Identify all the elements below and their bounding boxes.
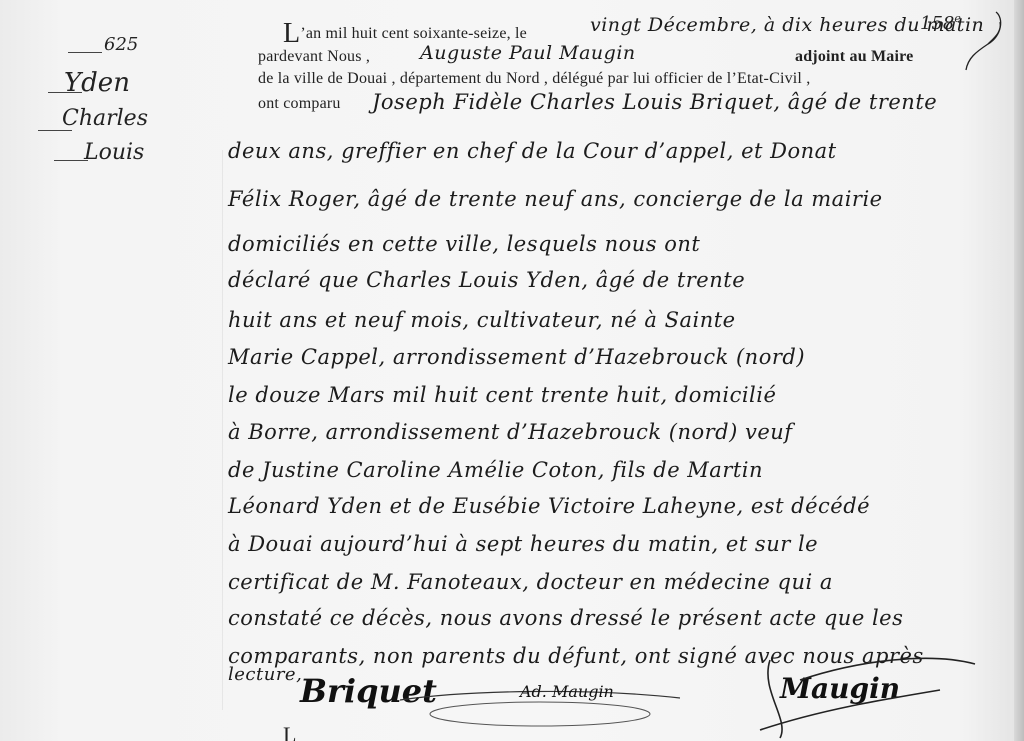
- handwritten-date: vingt Décembre, à dix heures du matin: [590, 14, 984, 36]
- handwritten-line-12: à Douai aujourd’hui à sept heures du mat…: [228, 532, 818, 556]
- handwritten-line-1: Joseph Fidèle Charles Louis Briquet, âgé…: [372, 90, 937, 114]
- drop-cap: L: [283, 18, 300, 49]
- page-edge-shadow: [1014, 0, 1024, 741]
- signature-maugin-flourish: [740, 650, 980, 741]
- handwritten-line-8: le douze Mars mil huit cent trente huit,…: [228, 383, 776, 407]
- signature-ad-maugin: Ad. Maugin: [520, 682, 614, 701]
- handwritten-line-16: lecture,: [228, 664, 302, 685]
- handwritten-line-9: à Borre, arrondissement d’Hazebrouck (no…: [228, 420, 793, 444]
- margin-dash: [68, 52, 102, 53]
- margin-entry-number: 625: [104, 34, 138, 55]
- printed-line-2: pardevant Nous ,: [258, 48, 370, 66]
- handwritten-line-13: certificat de M. Fanoteaux, docteur en m…: [228, 570, 833, 594]
- handwritten-line-6: huit ans et neuf mois, cultivateur, né à…: [228, 308, 736, 332]
- printed-line-2-end: adjoint au Maire: [795, 48, 913, 66]
- handwritten-official-name: Auguste Paul Maugin: [420, 42, 636, 64]
- handwritten-line-5: déclaré que Charles Louis Yden, âgé de t…: [228, 268, 745, 292]
- margin-given-name-1: Charles: [62, 106, 148, 131]
- margin-given-name-2: Louis: [84, 140, 144, 165]
- margin-surname: Yden: [64, 68, 130, 98]
- scanned-register-page: 625 Yden Charles Louis 158e L’an mil hui…: [0, 0, 1024, 741]
- handwritten-line-3: Félix Roger, âgé de trente neuf ans, con…: [228, 187, 883, 211]
- margin-rule: [222, 150, 223, 710]
- handwritten-line-14: constaté ce décès, nous avons dressé le …: [228, 606, 903, 630]
- printed-line-3: de la ville de Douai , département du No…: [258, 70, 810, 88]
- printed-text: ’an mil huit cent soixante-seize, le: [300, 25, 527, 42]
- handwritten-line-11: Léonard Yden et de Eusébie Victoire Lahe…: [228, 494, 870, 518]
- next-entry-drop-cap: L: [283, 722, 296, 741]
- handwritten-line-4: domiciliés en cette ville, lesquels nous…: [228, 232, 700, 256]
- printed-line-4: ont comparu: [258, 95, 341, 113]
- handwritten-line-10: de Justine Caroline Amélie Coton, fils d…: [228, 458, 763, 482]
- handwritten-line-7: Marie Cappel, arrondissement d’Hazebrouc…: [228, 345, 805, 369]
- margin-dash: [54, 160, 88, 161]
- handwritten-line-2: deux ans, greffier en chef de la Cour d’…: [228, 139, 837, 163]
